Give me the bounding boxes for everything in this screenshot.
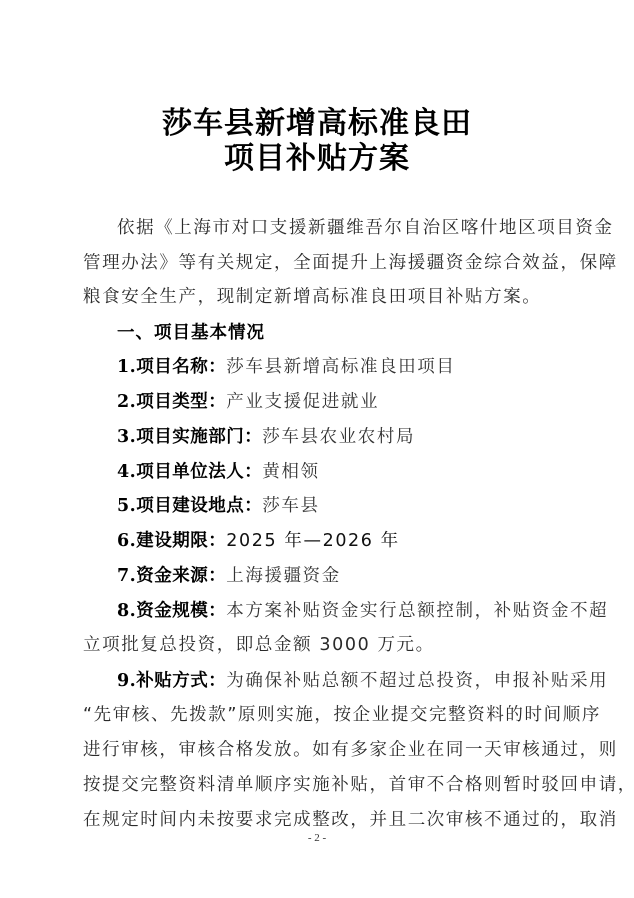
document-title-line-1: 莎车县新增高标准良田: [0, 106, 634, 142]
intro-paragraph-line: 依据《上海市对口支援新疆维吾尔自治区喀什地区项目资金: [117, 216, 591, 240]
page-number: - 2 -: [0, 832, 634, 844]
item-label: 6.建设期限：: [117, 531, 226, 551]
item-value: 莎车县: [262, 496, 319, 516]
item-value: 为确保补贴总额不超过总投资，申报补贴采用: [226, 671, 608, 691]
item-label: 5.项目建设地点：: [117, 496, 262, 516]
item-label: 2.项目类型：: [117, 392, 226, 412]
info-item-fund-source: 7.资金来源：上海援疆资金: [117, 564, 591, 588]
document-title-line-2: 项目补贴方案: [0, 141, 634, 177]
info-item-location: 5.项目建设地点：莎车县: [117, 494, 591, 518]
item-value: 莎车县农业农村局: [262, 427, 415, 447]
intro-paragraph-line: 管理办法》等有关规定，全面提升上海援疆资金综合效益，保障: [83, 251, 557, 275]
item-value: 莎车县新增高标准良田项目: [226, 357, 455, 377]
subsidy-method-cont-line: 进行审核，审核合格发放。如有多家企业在同一天审核通过，则: [83, 738, 557, 762]
info-item-period: 6.建设期限：2025 年—2026 年: [117, 529, 591, 553]
info-item-legal-person: 4.项目单位法人：黄相领: [117, 460, 591, 484]
item-label: 1.项目名称：: [117, 357, 226, 377]
document-page: 莎车县新增高标准良田 项目补贴方案 依据《上海市对口支援新疆维吾尔自治区喀什地区…: [0, 0, 634, 898]
info-item-subsidy-method: 9.补贴方式：为确保补贴总额不超过总投资，申报补贴采用: [117, 669, 591, 693]
item-value: 本方案补贴资金实行总额控制，补贴资金不超: [226, 601, 608, 621]
info-item-project-type: 2.项目类型：产业支援促进就业: [117, 390, 591, 414]
info-item-fund-scale-cont: 立项批复总投资，即总金额 3000 万元。: [83, 633, 557, 657]
item-label: 8.资金规模：: [117, 601, 226, 621]
info-item-fund-scale: 8.资金规模：本方案补贴资金实行总额控制，补贴资金不超: [117, 599, 591, 623]
item-value: 上海援疆资金: [226, 566, 341, 586]
item-value: 产业支援促进就业: [226, 392, 379, 412]
section-heading: 一、项目基本情况: [117, 321, 591, 345]
intro-paragraph-line: 粮食安全生产，现制定新增高标准良田项目补贴方案。: [83, 285, 557, 309]
item-value: 黄相领: [262, 462, 319, 482]
subsidy-method-cont-line: “先审核、先拨款”原则实施，按企业提交完整资料的时间顺序: [83, 703, 557, 727]
subsidy-method-cont-line: 按提交完整资料清单顺序实施补贴，首审不合格则暂时驳回申请，: [83, 773, 557, 797]
item-label: 7.资金来源：: [117, 566, 226, 586]
item-label: 3.项目实施部门：: [117, 427, 262, 447]
item-label: 4.项目单位法人：: [117, 462, 262, 482]
info-item-department: 3.项目实施部门：莎车县农业农村局: [117, 425, 591, 449]
info-item-project-name: 1.项目名称：莎车县新增高标准良田项目: [117, 355, 591, 379]
item-value: 2025 年—2026 年: [226, 531, 400, 551]
subsidy-method-cont-line: 在规定时间内未按要求完成整改，并且二次审核不通过的，取消: [83, 808, 557, 832]
item-label: 9.补贴方式：: [117, 671, 226, 691]
